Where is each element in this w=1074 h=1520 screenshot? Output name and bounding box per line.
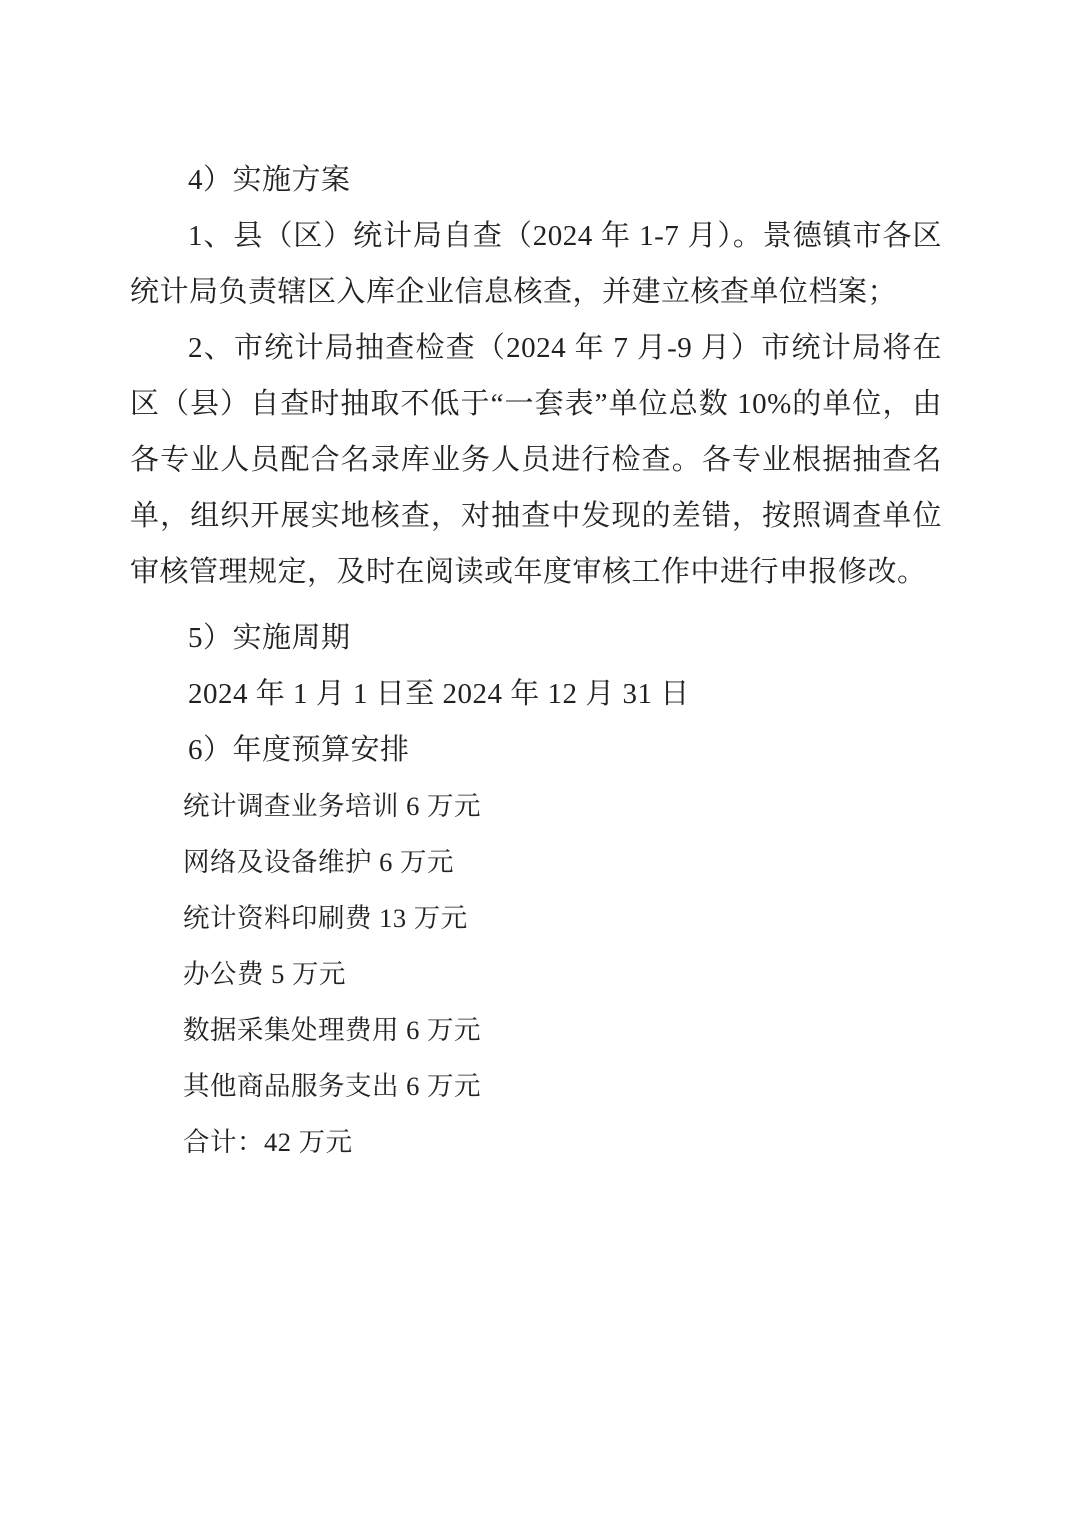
budget-item-office-expenses: 办公费 5 万元 bbox=[130, 946, 942, 1002]
budget-item-network-equipment-maintenance: 网络及设备维护 6 万元 bbox=[130, 834, 942, 890]
heading-implementation-period: 5）实施周期 bbox=[130, 610, 942, 666]
heading-implementation-plan: 4）实施方案 bbox=[130, 152, 942, 208]
budget-total: 合计：42 万元 bbox=[130, 1114, 942, 1170]
para-county-self-check: 1、县（区）统计局自查（2024 年 1-7 月）。景德镇市各区统计局负责辖区入… bbox=[130, 208, 942, 320]
document-page: 4）实施方案 1、县（区）统计局自查（2024 年 1-7 月）。景德镇市各区统… bbox=[0, 0, 1074, 1520]
para-city-spot-check: 2、市统计局抽查检查（2024 年 7 月-9 月）市统计局将在区（县）自查时抽… bbox=[130, 320, 942, 600]
para-period-dates: 2024 年 1 月 1 日至 2024 年 12 月 31 日 bbox=[130, 666, 942, 722]
heading-annual-budget: 6）年度预算安排 bbox=[130, 722, 942, 778]
document-content: 4）实施方案 1、县（区）统计局自查（2024 年 1-7 月）。景德镇市各区统… bbox=[130, 152, 942, 1170]
budget-item-data-collection-processing: 数据采集处理费用 6 万元 bbox=[130, 1002, 942, 1058]
budget-item-survey-training: 统计调查业务培训 6 万元 bbox=[130, 778, 942, 834]
budget-item-statistical-printing-fee: 统计资料印刷费 13 万元 bbox=[130, 890, 942, 946]
budget-item-other-goods-services: 其他商品服务支出 6 万元 bbox=[130, 1058, 942, 1114]
